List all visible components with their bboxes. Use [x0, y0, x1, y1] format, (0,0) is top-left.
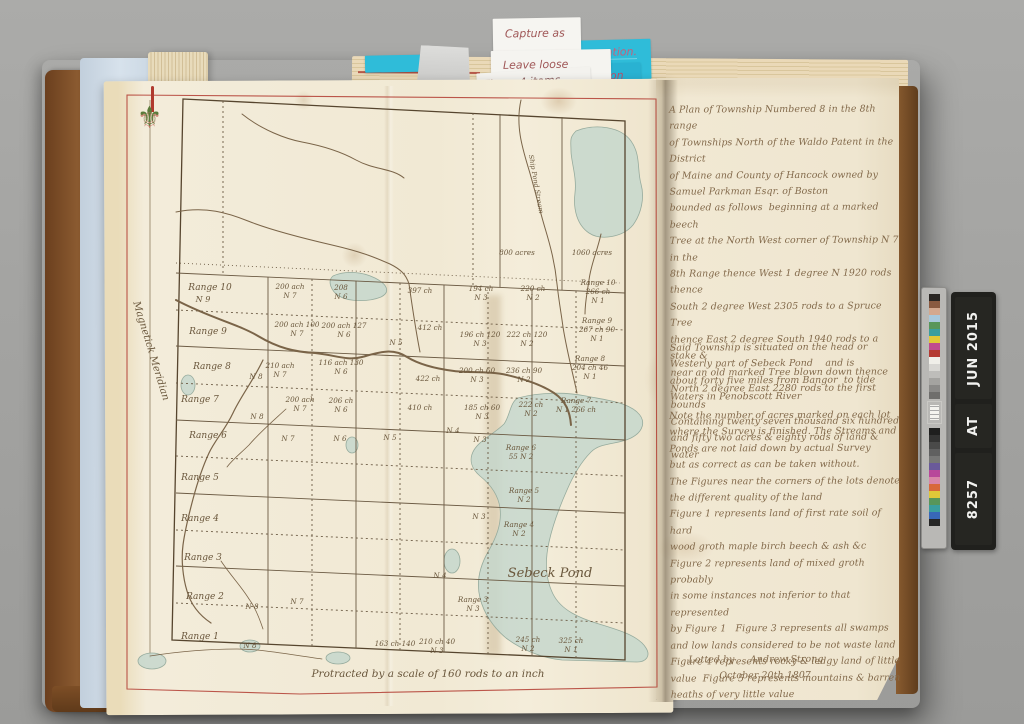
map-label: N 7 [252, 597, 342, 606]
map-label: Range 6 55 N 2 [476, 443, 566, 461]
map-label: Range 10 [165, 283, 255, 294]
color-patch [929, 378, 940, 385]
map-label: N 8 [212, 412, 302, 421]
ruler-color-patches-bottom [929, 428, 940, 526]
color-patch [929, 484, 940, 491]
color-patch [929, 428, 940, 435]
situation-paragraph: Said Township is situated on the head or… [670, 339, 902, 406]
map-label: 410 ch [375, 403, 465, 412]
map-label: 222 ch N 2 [486, 400, 576, 418]
map-label: 220 ch N 2 [488, 284, 578, 302]
map-label: 200 ach 127 N 6 [299, 321, 389, 339]
map-label: Range 4 [155, 514, 245, 525]
archive-date-label: JUN 2015 [955, 297, 992, 399]
color-patch [929, 512, 940, 519]
color-patch [929, 336, 940, 343]
color-patch [929, 470, 940, 477]
map-label: 245 ch N 2 [483, 635, 573, 653]
map-label: 412 ch [385, 323, 475, 332]
map-label: Range 5 [155, 473, 245, 484]
archive-letters-label: AT [955, 404, 992, 448]
map-label: Range 7 [155, 395, 245, 406]
color-patch [929, 392, 940, 399]
map-label: Range 3 [158, 553, 248, 564]
color-patch [929, 519, 940, 526]
map-label: N 3 [434, 512, 524, 521]
map-label: Range 3 N 3 [428, 595, 518, 613]
map-label: N 3 [435, 435, 525, 444]
map-label: N 6 [295, 434, 385, 443]
map-label: 325 ch N 1 [526, 636, 616, 654]
scale-note: Protracted by a scale of 160 rods to an … [263, 668, 593, 681]
color-patch [929, 385, 940, 392]
map-label: N 4 [408, 426, 498, 435]
color-patch [929, 350, 940, 357]
map-label: N 8 [207, 602, 297, 611]
map-label: Range 9 [163, 327, 253, 338]
photograph-of-open-surveyors-plan-book: Conservation. Capture as Conservation Le… [0, 0, 1024, 724]
map-label: N 8 [205, 641, 295, 650]
color-patch [929, 456, 940, 463]
color-patch [929, 322, 940, 329]
color-patch [929, 505, 940, 512]
color-patch [929, 435, 940, 442]
map-label: 185 ch 60 N 3 [437, 403, 527, 421]
map-label: 222 ch 120 N 2 [482, 330, 572, 348]
map-label: 208 N 6 [296, 283, 386, 301]
map-label: Range 8 204 ch 46 N 1 [545, 354, 635, 381]
color-patch [929, 294, 940, 301]
color-patch [929, 343, 940, 350]
color-patch [929, 449, 940, 456]
map-label: Range 5 N 2 [479, 486, 569, 504]
map-label: Range 7 N 1 266 ch [531, 396, 621, 414]
map-label: 1060 acres [547, 248, 637, 257]
map-label: 194 ch N 3 [436, 284, 526, 302]
color-patch [929, 329, 940, 336]
color-patch [929, 477, 940, 484]
color-patch [929, 498, 940, 505]
map-label: 116 ach 130 N 6 [296, 358, 386, 376]
color-patch [929, 357, 940, 364]
color-patch [929, 308, 940, 315]
map-label: N 8 [211, 372, 301, 381]
map-label: 163 ch 140 [350, 639, 440, 648]
map-label: Range 9 267 ch 90 N 1 [552, 316, 642, 343]
map-label: 200 ach N 7 [255, 395, 345, 413]
map-label: Range 2 [160, 592, 250, 603]
map-label: 397 ch [375, 286, 465, 295]
archive-label-strip: JUN 2015 AT 8257 [951, 292, 996, 550]
map-label: 210 ch 40 N 3 [392, 637, 482, 655]
map-label: 200 ach N 7 [245, 282, 335, 300]
color-patch [929, 364, 940, 371]
map-label: 200 ch 60 N 3 [432, 366, 522, 384]
map-label: N 5 [351, 338, 441, 347]
map-label: N 4 [395, 571, 485, 580]
map-label: Range 10 266 ch N 1 [553, 278, 643, 305]
ruler-color-patches-top [929, 294, 940, 399]
map-label: 422 ch [383, 374, 473, 383]
map-label: N 9 [158, 295, 248, 305]
map-label: Range 4 N 2 [474, 520, 564, 538]
color-patch [929, 463, 940, 470]
magnetic-meridian-label: Magnetick Meridian [119, 268, 181, 434]
map-label: N 7 [243, 434, 333, 443]
map-label: Range 8 [167, 362, 257, 373]
map-label: Range 6 [163, 431, 253, 442]
color-patch [929, 491, 940, 498]
color-patch [929, 301, 940, 308]
map-label: 210 ach N 7 [235, 361, 325, 379]
map-label: 206 ch N 6 [296, 396, 386, 414]
stream-label: Ship Pond Stream [523, 134, 548, 234]
color-patch [929, 315, 940, 322]
map-label: 236 ch 90 N 2 [479, 366, 569, 384]
sebec-pond-label: Sebeck Pond [440, 566, 660, 582]
map-label: 200 ach 100 N 7 [252, 320, 342, 338]
ruler-label [927, 401, 942, 424]
map-label: Range 1 [155, 632, 245, 643]
map-label: 196 ch 120 N 3 [435, 330, 525, 348]
map-label: N 5 [345, 433, 435, 442]
color-patch [929, 442, 940, 449]
color-calibration-ruler [921, 287, 947, 549]
map-label: 800 acres [472, 248, 562, 257]
color-patch [929, 371, 940, 378]
signature-paragraph: Lotted by Andrew Strong October 20th 180… [670, 651, 902, 685]
archive-number-label: 8257 [955, 453, 992, 545]
